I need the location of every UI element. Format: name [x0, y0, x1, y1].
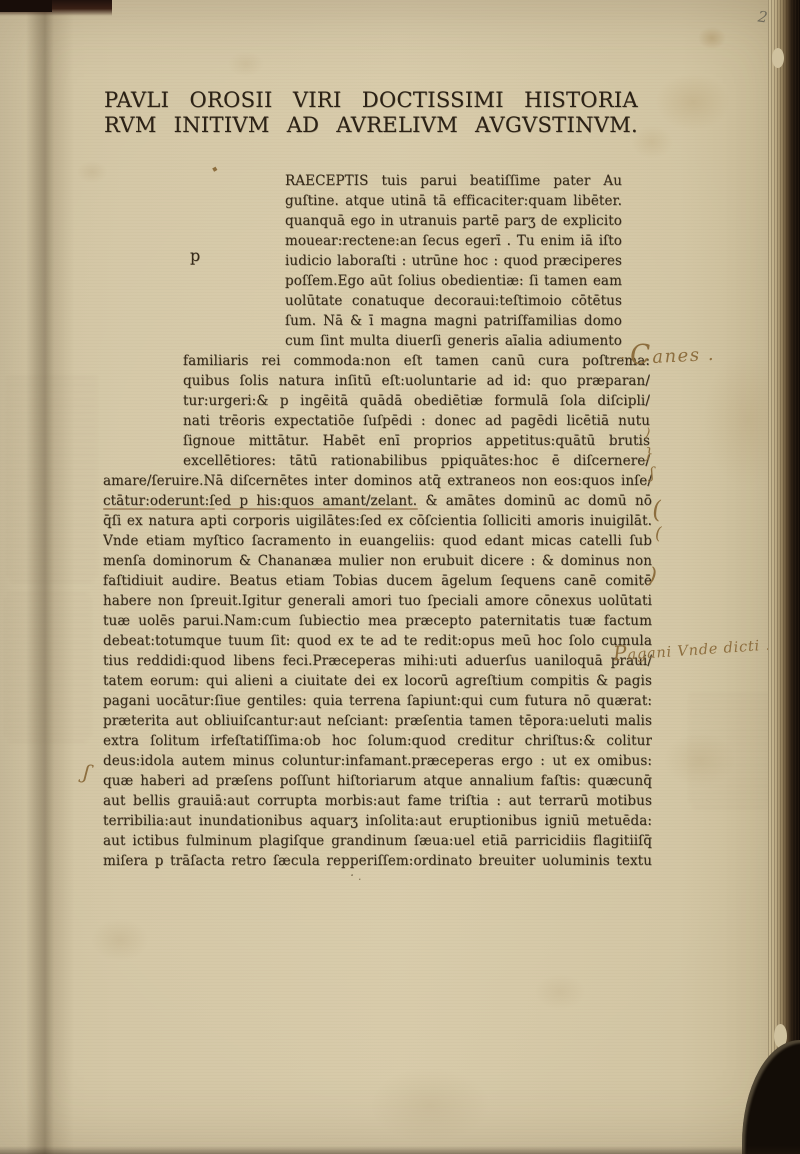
- text-line: ſum. Nā & ī magna magni patriſfamilias d…: [285, 311, 622, 331]
- text-line: debeat:totumque tuum ſit: quod ex te ad …: [103, 631, 652, 651]
- text-line: quanquā ego in utranuis partē parʒ de ex…: [285, 211, 622, 231]
- text-line: guſtine. atque utinā tā efficaciter:quam…: [285, 191, 622, 211]
- text-line: cum ſint multa diuerſi generis aīalia ad…: [285, 331, 622, 351]
- ink-underline: [222, 508, 418, 510]
- text-line: quæ haberi ad præſens poſſunt hiſtoriaru…: [103, 771, 652, 791]
- margin-note-canes: Canes .: [629, 336, 715, 371]
- fore-edge: [768, 0, 800, 1154]
- title-line-1: PAVLI OROSII VIRI DOCTISSIMI HISTORIA: [104, 88, 638, 113]
- text-line: præterita aut obliuiſcantur:aut neſciant…: [103, 711, 652, 731]
- text-line: tuæ uolēs parui.Nam:cum ſubiectio mea pr…: [103, 611, 652, 631]
- text-line: quibus ſolis natura inſitū eſt:uoluntari…: [183, 371, 650, 391]
- ink-underline: [103, 508, 215, 510]
- ink-mark: .: [350, 866, 354, 879]
- text-line: tur:urgeri:& p ingēitā quādā obediētiæ f…: [183, 391, 650, 411]
- ink-mark: .: [358, 871, 362, 882]
- text-line: ſignoue mittātur. Habēt enī proprios app…: [183, 431, 650, 451]
- text-line: miſera p trāſacta retro ſæcula repperiſſ…: [103, 851, 652, 871]
- text-line: familiaris rei commoda:non eſt tamen can…: [183, 351, 650, 371]
- gutter-shadow: [0, 0, 90, 1154]
- text-line: tatem eorum: qui alieni a ciuitate dei e…: [103, 671, 652, 691]
- text-line: tius reddidi:quod libens feci.Præceperas…: [103, 651, 652, 671]
- text-line: menſa dominorum & Chananæa mulier non er…: [103, 551, 652, 571]
- text-line: poſſem.Ego aūt ſolius obedientiæ: ſi tam…: [285, 271, 622, 291]
- text-line: deus:idola autem minus coluntur:infamant…: [103, 751, 652, 771]
- bottom-shadow: [0, 1146, 800, 1154]
- ink-mark: (: [651, 498, 662, 523]
- text-line: amare/ſeruire.Nā diſcernētes inter domin…: [103, 471, 652, 491]
- text-line: Vnde etiam myſtico ſacramento in euangel…: [103, 531, 652, 551]
- printed-title: PAVLI OROSII VIRI DOCTISSIMI HISTORIA RV…: [104, 88, 638, 138]
- folio-number: 2: [757, 7, 769, 26]
- text-line: aut ictibus fulminum plagiſque grandinum…: [103, 831, 652, 851]
- text-line: mouear:rectene:an ſecus egerī . Tu enim …: [285, 231, 622, 251]
- text-line: pagani uocātur:ſiue gentiles: quia terre…: [103, 691, 652, 711]
- text-line: faſtidiuit audire. Beatus etiam Tobias d…: [103, 571, 652, 591]
- text-line: RAECEPTIS tuis parui beatiſſime pater Au: [285, 171, 622, 191]
- text-line: terribilia:aut inundationibus aquarʒ inſ…: [103, 811, 652, 831]
- text-line: q̄ſi ex natura apti corporis uigilātes:ſ…: [103, 511, 652, 531]
- ink-mark: ): [647, 566, 658, 589]
- ink-mark: .: [620, 346, 625, 362]
- text-line: habere non ſpreuit.Igitur generali amori…: [103, 591, 652, 611]
- book-scan-page: PAVLI OROSII VIRI DOCTISSIMI HISTORIA RV…: [0, 0, 800, 1154]
- body-text: RAECEPTIS tuis parui beatiſſime pater Au…: [103, 171, 652, 871]
- title-line-2: RVM INITIVM AD AVRELIVM AVGVSTINVM.: [104, 113, 638, 138]
- text-line: excellētiores: tātū rationabilibus ppiqu…: [183, 451, 650, 471]
- text-line: nati trēoris expectatiōe ſuſpēdi : donec…: [183, 411, 650, 431]
- ink-mark: }: [644, 446, 654, 461]
- ink-mark: (: [655, 526, 662, 543]
- text-line: uolūtate conatuque decoraui:teſtimoio cō…: [285, 291, 622, 311]
- binding-edge: [0, 0, 112, 16]
- edge-chip: [772, 48, 784, 68]
- text-line: iudicio laboraſti : utrūne hoc : quod pr…: [285, 251, 622, 271]
- text-line: aut bellis grauiā:aut corrupta morbis:au…: [103, 791, 652, 811]
- text-line: extra ſolitum irfeſtatiſſima:ob hoc ſolu…: [103, 731, 652, 751]
